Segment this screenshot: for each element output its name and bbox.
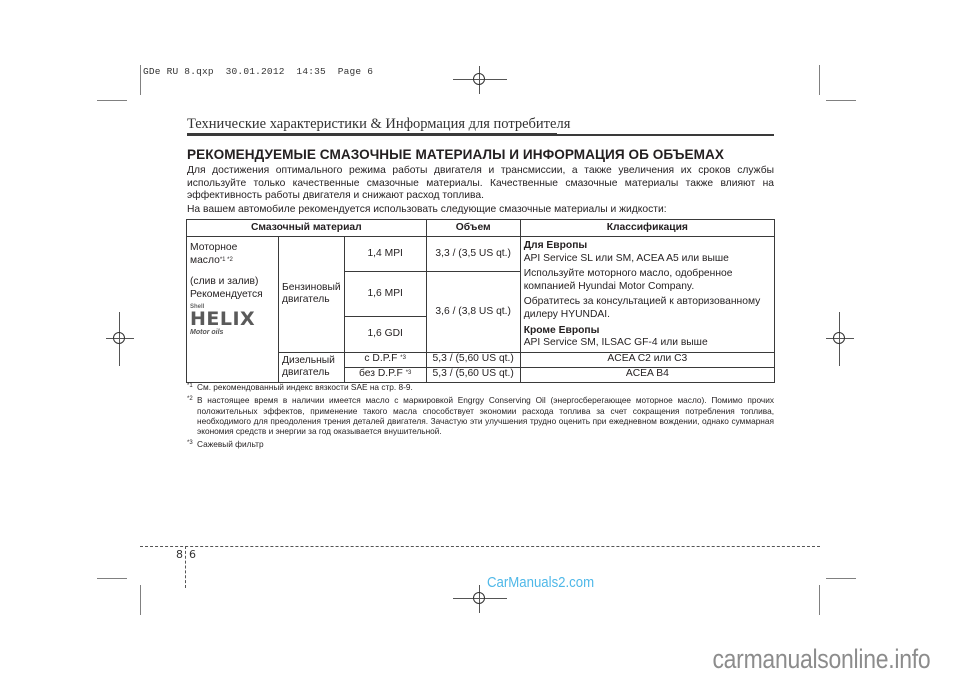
volume-cell: 3,3 / (3,5 US qt.) [426,237,520,272]
material-cell: Моторное масло*1 *2 (слив и залив) Реком… [187,237,279,383]
intro-paragraph: На вашем автомобиле рекомендуется исполь… [187,204,774,217]
page-number: 6 [189,548,196,561]
material-line: масло*1 *2 [190,255,275,268]
crop-mark [819,65,820,95]
engine-text: с D.P.F [364,353,397,364]
crop-mark [140,585,141,615]
header-classification: Классификация [520,220,774,237]
volume-cell: 3,6 / (3,8 US qt.) [426,272,520,353]
logo-name: HELIX [190,311,246,328]
footnote-marks: *1 *2 [220,257,233,263]
watermark-link[interactable]: CarManuals2.com [487,574,594,591]
engine-text: без D.P.F [359,368,403,379]
hyundai-approval-note: Используйте моторного масло, одобренное … [524,268,771,293]
intro-paragraph: Для достижения оптимального режима работ… [187,165,774,203]
material-line: (слив и залив) [190,276,275,289]
engine-cell: с D.P.F *3 [344,352,426,367]
title-rule-accent [187,133,557,136]
classification-cell: ACEA C2 или C3 [520,352,774,367]
engine-cell: 1,6 MPI [344,272,426,317]
watermark-link[interactable]: carmanualsonline.info [712,644,930,675]
footer-rule [140,546,820,547]
engine-cell: 1,4 MPI [344,237,426,272]
crop-mark [97,100,127,101]
header-volume: Объем [426,220,520,237]
footnote-text: В настоящее время в наличии имеется масл… [197,395,774,436]
volume-cell: 5,3 / (5,60 US qt.) [426,367,520,382]
header-material: Смазочный материал [187,220,427,237]
material-line: Моторное [190,242,275,255]
footnote-mark: *3 [400,355,406,361]
lubricants-table: Смазочный материал Объем Классификация М… [186,219,775,383]
footnotes: *1 См. рекомендованный индекс вязкости S… [187,382,774,453]
crop-mark [140,65,141,95]
registration-mark-icon [826,325,854,353]
crop-mark [826,100,856,101]
petrol-engine-cell: Бензиновый двигатель [279,237,345,353]
registration-mark-icon [106,325,134,353]
footnote-marker: *1 [187,382,197,392]
engine-cell: 1,6 GDI [344,316,426,352]
footnote-text: См. рекомендованный индекс вязкости SAE … [197,382,774,392]
crop-mark [819,585,820,615]
diesel-engine-cell: Дизельный двигатель [279,352,345,382]
page-heading: РЕКОМЕНДУЕМЫЕ СМАЗОЧНЫЕ МАТЕРИАЛЫ И ИНФО… [187,147,724,162]
material-text: масло [190,255,220,266]
dealer-note: Обратитесь за консультацией к авторизова… [524,296,771,321]
footnote-mark: *3 [406,370,412,376]
page-number-divider [185,546,186,588]
print-slug: GDe RU 8.qxp 30.01.2012 14:35 Page 6 [143,66,373,77]
non-europe-title: Кроме Европы [524,325,771,338]
footnote: *1 См. рекомендованный индекс вязкости S… [187,382,774,392]
footnote-mark: *2 [187,396,193,402]
table-row: Моторное масло*1 *2 (слив и залив) Реком… [187,237,775,272]
engine-cell: без D.P.F *3 [344,367,426,382]
europe-title: Для Европы [524,240,771,253]
volume-cell: 5,3 / (5,60 US qt.) [426,352,520,367]
material-line: Рекомендуется [190,289,275,302]
footnote-text: Сажевый фильтр [197,439,774,449]
non-europe-spec: API Service SM, ILSAC GF-4 или выше [524,337,771,350]
crop-mark [97,578,127,579]
crop-mark [826,578,856,579]
intro-text: Для достижения оптимального режима работ… [187,165,774,216]
chapter-number: 8 [176,548,183,561]
section-title: Технические характеристики & Информация … [187,116,570,133]
footnote-marker: *2 [187,395,197,436]
table-header-row: Смазочный материал Объем Классификация [187,220,775,237]
footnote: *2 В настоящее время в наличии имеется м… [187,395,774,436]
classification-cell: ACEA B4 [520,367,774,382]
europe-spec: API Service SL или SM, ACEA A5 или выше [524,253,771,266]
footnote-marker: *3 [187,439,197,449]
footnote-mark: *1 [187,383,193,389]
footnote-mark: *3 [187,440,193,446]
shell-helix-logo: Shell HELIX Motor oils [190,304,246,337]
petrol-classification-cell: Для Европы API Service SL или SM, ACEA A… [520,237,774,353]
footnote: *3 Сажевый фильтр [187,439,774,449]
registration-mark-icon [466,66,494,94]
